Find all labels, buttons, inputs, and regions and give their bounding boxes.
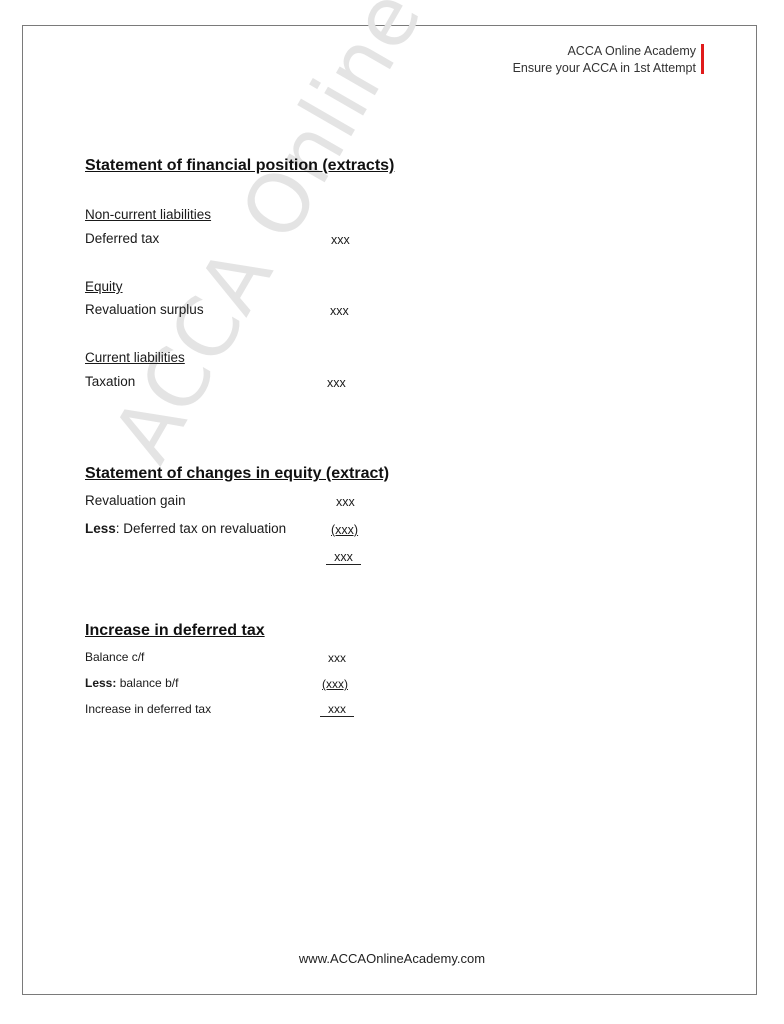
idt-less-prefix: Less: [85,676,116,690]
sfp-value-deferred-tax: xxx [331,233,350,247]
idt-row-less-balance-bf: Less: balance b/f [85,676,178,690]
soce-less-prefix: Less [85,521,116,536]
header-brand: ACCA Online Academy [513,43,696,60]
sfp-label-deferred-tax: Deferred tax [85,231,159,246]
soce-row-less-deferred-tax: Less: Deferred tax on revaluation [85,521,286,536]
idt-label-balance-cf: Balance c/f [85,650,144,664]
header-tagline: Ensure your ACCA in 1st Attempt [513,60,696,77]
sfp-label-taxation: Taxation [85,374,135,389]
soce-label-revaluation-gain: Revaluation gain [85,493,186,508]
soce-value-deferred-tax-on-revaluation: (xxx) [331,523,358,537]
idt-title: Increase in deferred tax [85,622,265,640]
idt-value-balance-bf: (xxx) [322,677,348,691]
idt-label-increase: Increase in deferred tax [85,702,211,716]
sfp-value-taxation: xxx [327,376,346,390]
sfp-heading-noncurrent: Non-current liabilities [85,207,211,222]
soce-value-revaluation-gain: xxx [336,495,355,509]
soce-title: Statement of changes in equity (extract) [85,465,389,483]
sfp-label-revaluation-surplus: Revaluation surplus [85,302,204,317]
soce-label-deferred-tax-on-revaluation: : Deferred tax on revaluation [116,521,286,536]
sfp-heading-equity: Equity [85,279,123,294]
header-accent-bar [701,44,704,74]
idt-value-increase: xxx [320,703,354,717]
idt-label-balance-bf: balance b/f [116,676,178,690]
sfp-title: Statement of financial position (extract… [85,157,394,175]
page-header: ACCA Online Academy Ensure your ACCA in … [513,43,696,77]
footer-url: www.ACCAOnlineAcademy.com [0,951,784,966]
sfp-heading-current: Current liabilities [85,350,185,365]
idt-value-balance-cf: xxx [328,651,346,665]
soce-value-total: xxx [326,551,361,565]
sfp-value-revaluation-surplus: xxx [330,304,349,318]
